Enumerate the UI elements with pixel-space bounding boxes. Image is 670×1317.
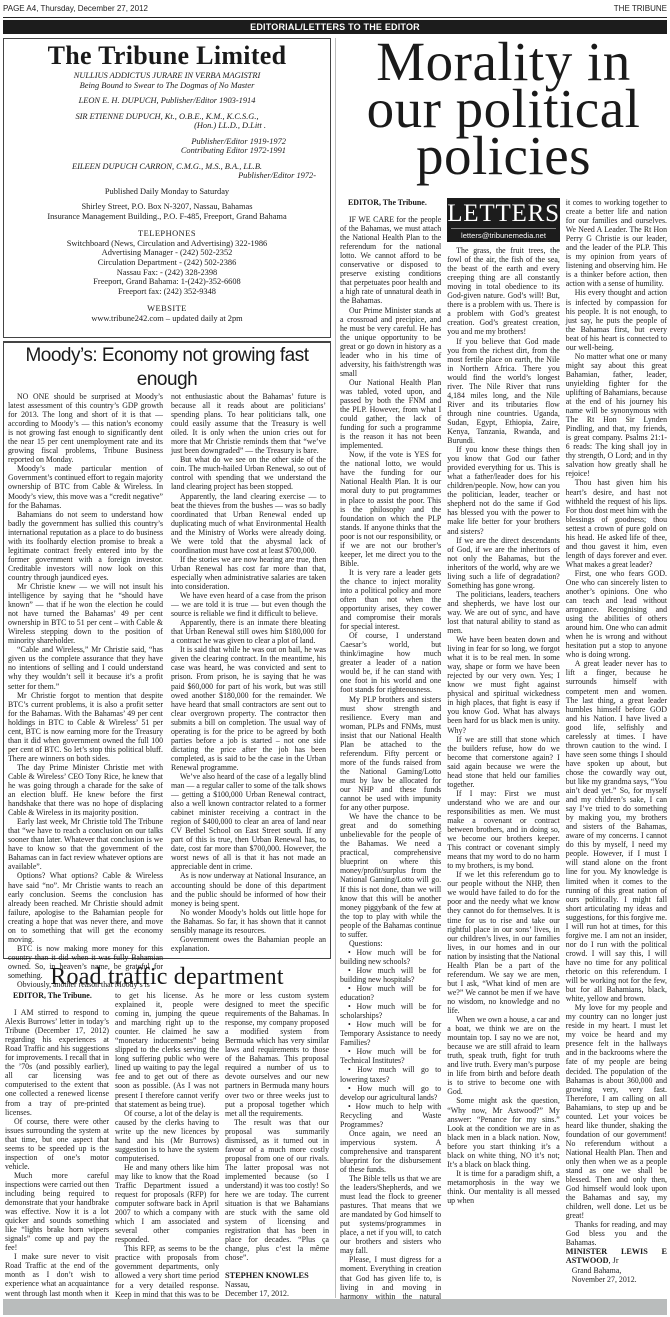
- road-column-2: to get his license. As he explained it, …: [115, 991, 219, 1308]
- masthead-box: The Tribune Limited NULLIUS ADDICTUS JUR…: [3, 38, 331, 338]
- paragraph: As is now underway at National Insurance…: [171, 871, 326, 907]
- website-link[interactable]: www.tribune242.com – updated daily at 2p…: [4, 314, 330, 324]
- paragraph: The Bible tells us that we are the leade…: [340, 1174, 441, 1255]
- paragraph: Options? What options? Cable & Wireless …: [8, 871, 163, 943]
- question-item: • How much will be for education?: [340, 984, 441, 1002]
- paragraph: When we own a house, a car and a boat, w…: [447, 1015, 560, 1096]
- telephones-heading: TELEPHONES: [4, 229, 330, 239]
- question-item: • How much will be for Technical Institu…: [340, 1047, 441, 1065]
- question-item: • How much will be for building new scho…: [340, 948, 441, 966]
- page-folio: PAGE A4, Thursday, December 27, 2012 THE…: [3, 4, 667, 16]
- editorial-moodys: Moody’s: Economy not growing fast enough…: [3, 341, 331, 959]
- publisher-etienne-line4: Contributing Editor 1972-1991: [4, 146, 330, 156]
- paragraph: If we let this referendum go to our peop…: [447, 870, 560, 1015]
- letter-byline: EDITOR, The Tribune.: [340, 198, 441, 207]
- letter-signature: MINISTER LEWIS E ASTWOOD, Jr: [566, 1247, 667, 1265]
- letters-email-link[interactable]: letters@tribunemedia.net: [451, 228, 556, 240]
- paragraph: Our National Health Plan was tabled, vot…: [340, 378, 441, 450]
- motto-english: Being Bound to Swear to The Dogmas of No…: [4, 81, 330, 91]
- paragraph: We have been beaten down and living in f…: [447, 635, 560, 735]
- paragraph: Apparently, the land clearing exercise —…: [171, 492, 326, 555]
- paragraph: Much more careful inspections were carri…: [5, 1171, 109, 1252]
- paragraph: If you believe that God made you from th…: [447, 337, 560, 446]
- signature-place: Nassau,: [225, 1280, 329, 1289]
- morality-column-3: it comes to working together to create a…: [566, 198, 667, 1310]
- question-item: • How much will be for scholarships?: [340, 1002, 441, 1020]
- morality-headline: Morality in our political policies: [340, 38, 667, 179]
- letter-byline: EDITOR, The Tribune.: [5, 991, 109, 1000]
- paragraph: No matter what one or many might say abo…: [566, 352, 667, 479]
- publisher-etienne-line2: (Hon.) LL.D., D.Litt .: [4, 121, 330, 131]
- paragraph: Now, if the vote is YES for the national…: [340, 450, 441, 568]
- question-item: • How much to help with Recycling and Wa…: [340, 1102, 441, 1129]
- paragraph: to get his license. As he explained it, …: [115, 991, 219, 1109]
- signature-place: Grand Bahama,: [566, 1266, 667, 1275]
- masthead-title: The Tribune Limited: [4, 41, 330, 71]
- editorial-headline: Moody’s: Economy not growing fast enough: [4, 343, 330, 392]
- telephone-line: Advertising Manager - (242) 502-2352: [4, 248, 330, 258]
- paragraph: Of course, there were other issues surro…: [5, 1117, 109, 1171]
- paragraph: Questions:: [340, 939, 441, 948]
- letter-road-traffic: Road traffic department EDITOR, The Trib…: [3, 963, 331, 1297]
- paragraph: Thanks for reading, and may God bless yo…: [566, 1220, 667, 1247]
- paragraph: Once again, we need an impervious system…: [340, 1129, 441, 1174]
- telephone-line: Nassau Fax: - (242) 328-2398: [4, 268, 330, 278]
- paragraph: A great leader never has to lift a finge…: [566, 659, 667, 1003]
- folio-page-date: PAGE A4, Thursday, December 27, 2012: [3, 4, 148, 16]
- telephone-line: Circulation Department - (242) 502-2386: [4, 258, 330, 268]
- paragraph: Government owes the Bahamian people an e…: [171, 935, 326, 953]
- paragraph: Apparently, there is an inmate there ble…: [171, 618, 326, 645]
- address-nassau: Shirley Street, P.O. Box N-3207, Nassau,…: [4, 202, 330, 212]
- paragraph: Our Prime Minister stands at a crossroad…: [340, 306, 441, 378]
- paragraph: If you know these things then you know t…: [447, 445, 560, 535]
- paragraph: “Cable and Wireless,” Mr Christie said, …: [8, 645, 163, 690]
- paragraph: The result was that our proposal was sum…: [225, 1118, 329, 1263]
- paragraph: If the stories we are now hearing are tr…: [171, 555, 326, 591]
- publisher-etienne-line1: SIR ETIENNE DUPUCH, Kt., O.B.E., K.M., K…: [4, 112, 330, 122]
- paragraph: It is time for a paradigm shift, a metam…: [447, 1169, 560, 1205]
- signature-suffix: , Jr: [609, 1256, 619, 1265]
- telephone-line: Freeport fax: (242) 352-9348: [4, 287, 330, 297]
- morality-column-2: LETTERS letters@tribunemedia.net The gra…: [447, 198, 560, 1310]
- publication-schedule: Published Daily Monday to Saturday: [4, 187, 330, 197]
- publisher-leon: LEON E. H. DUPUCH, Publisher/Editor 1903…: [4, 96, 330, 106]
- paragraph: Of course, a lot of the delay is caused …: [115, 1109, 219, 1163]
- paragraph: Thou hast given him his heart’s desire, …: [566, 478, 667, 568]
- paragraph: Moody’s made particular mention of Gover…: [8, 464, 163, 509]
- paragraph: NO ONE should be surprised at Moody’s la…: [8, 392, 163, 464]
- paragraph: We have even heard of a case from the pr…: [171, 591, 326, 618]
- road-column-1: EDITOR, The Tribune. I AM stirred to res…: [5, 991, 109, 1308]
- paragraph: It is very rare a leader gets the chance…: [340, 568, 441, 631]
- telephone-line: Switchboard (News, Circulation and Adver…: [4, 239, 330, 249]
- paragraph: Early last week, Mr Christie told The Tr…: [8, 817, 163, 871]
- publisher-etienne-line3: Publisher/Editor 1919-1972: [4, 137, 330, 147]
- paragraph: more or less custom system designed to m…: [225, 991, 329, 1118]
- folio-rule: [3, 17, 667, 18]
- paragraph: We have the chance to be great and do so…: [340, 812, 441, 939]
- paragraph: First, one who fears GOD. One who can si…: [566, 569, 667, 659]
- paragraph: The politicians, leaders, teachers and s…: [447, 590, 560, 635]
- paragraph: If we are the direct descendants of God,…: [447, 536, 560, 590]
- paragraph: If I may: First we must understand who w…: [447, 789, 560, 870]
- letter-signature: STEPHEN KNOWLES: [225, 1271, 329, 1280]
- page-bottom-bar: [3, 1299, 667, 1315]
- folio-publication: THE TRIBUNE: [614, 4, 667, 16]
- question-item: • How much will go to develop our agricu…: [340, 1084, 441, 1102]
- editorial-column-1: NO ONE should be surprised at Moody’s la…: [8, 392, 163, 989]
- paragraph: not enthusiastic about the Bahamas’ futu…: [171, 392, 326, 455]
- paragraph: It is said that while he was out on bail…: [171, 645, 326, 772]
- paragraph: Bahamians do not seem to understand how …: [8, 510, 163, 582]
- publisher-eileen-line1: EILEEN DUPUCH CARRON, C.M.G., M.S., B.A.…: [4, 162, 330, 172]
- letters-logo-text: LETTERS: [447, 201, 560, 227]
- telephone-line: Freeport, Grand Bahama: 1-(242)-352-6608: [4, 277, 330, 287]
- paragraph: Some might ask the question, “Why now, M…: [447, 1096, 560, 1168]
- paragraph: If we are still that stone which the bui…: [447, 735, 560, 789]
- paragraph: We’ve also heard of the case of a legall…: [171, 772, 326, 872]
- paragraph: it comes to working together to create a…: [566, 198, 667, 288]
- morality-column-1: EDITOR, The Tribune. IF WE CARE for the …: [340, 198, 441, 1310]
- paragraph: I AM stirred to respond to Alexis Burrow…: [5, 1008, 109, 1117]
- column-divider: [335, 38, 336, 1298]
- signature-date: December 17, 2012.: [225, 1289, 329, 1298]
- motto-latin: NULLIUS ADDICTUS JURARE IN VERBA MAGISTR…: [4, 71, 330, 81]
- question-item: • How much will be for Temporary Assista…: [340, 1020, 441, 1047]
- paragraph: No wonder Moody’s holds out little hope …: [171, 908, 326, 935]
- paragraph: The grass, the fruit trees, the fowl of …: [447, 246, 560, 336]
- question-item: • How much will go to lowering taxes?: [340, 1065, 441, 1083]
- paragraph: My love for my people and my country can…: [566, 1003, 667, 1220]
- publisher-eileen-line2: Publisher/Editor 1972-: [4, 171, 330, 181]
- letter-morality: EDITOR, The Tribune. IF WE CARE for the …: [340, 198, 667, 1310]
- paragraph: IF WE CARE for the people of the Bahamas…: [340, 215, 441, 305]
- paragraph: His every thought and action is infected…: [566, 288, 667, 351]
- paragraph: Of course, I understand Caesar’s world, …: [340, 631, 441, 694]
- editorial-column-2: not enthusiastic about the Bahamas’ futu…: [171, 392, 326, 989]
- paragraph: Mr Christie knew — we will not insult hi…: [8, 582, 163, 645]
- website-heading: WEBSITE: [4, 304, 330, 314]
- paragraph: But what do we see on the other side of …: [171, 455, 326, 491]
- question-item: • How much will be for building new hosp…: [340, 966, 441, 984]
- paragraph: Mr Christie forgot to mention that despi…: [8, 691, 163, 763]
- paragraph: The day Prime Minister Christie met with…: [8, 763, 163, 817]
- letters-logo-box: LETTERS letters@tribunemedia.net: [447, 198, 560, 242]
- road-traffic-headline: Road traffic department: [3, 963, 331, 991]
- paragraph: He and many others like him may like to …: [115, 1163, 219, 1244]
- paragraph: My PLP brothers and sisters must show st…: [340, 695, 441, 813]
- signature-date: November 27, 2012.: [566, 1275, 667, 1284]
- road-column-3: more or less custom system designed to m…: [225, 991, 329, 1308]
- address-freeport: Insurance Management Building., P.O. F-4…: [4, 212, 330, 222]
